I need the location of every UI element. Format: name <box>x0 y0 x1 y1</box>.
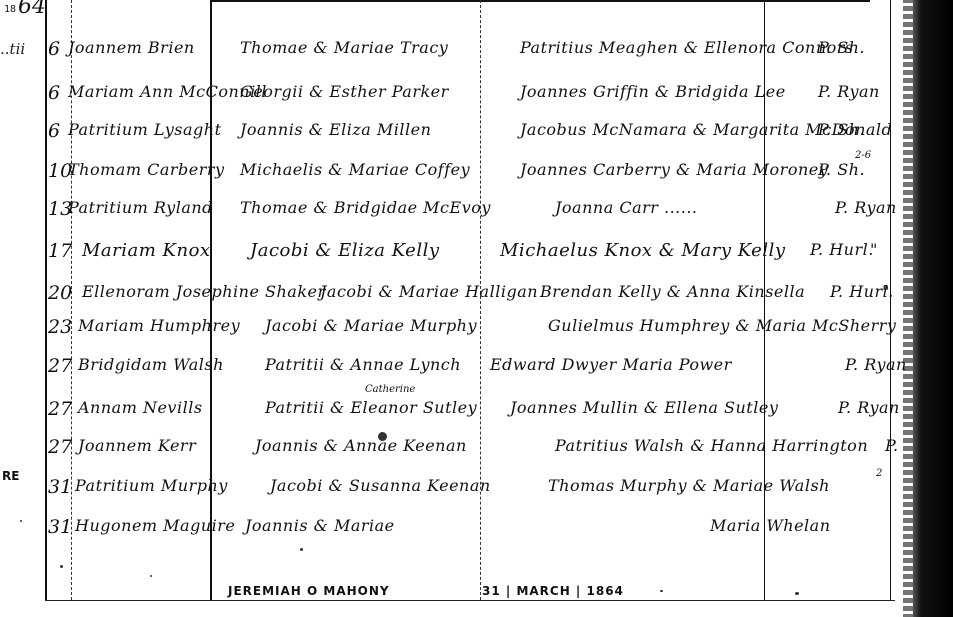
entry-sponsors: Maria Whelan <box>710 516 831 535</box>
printed-year-prefix: 18 <box>4 4 16 15</box>
entry-priest: P. <box>885 436 899 455</box>
entry-child: Mariam Ann McConnill <box>68 82 267 101</box>
entry-day: 6 <box>48 82 60 104</box>
entry-sponsors: Joanna Carr ...... <box>555 198 698 217</box>
entry-parents: Jacobi & Mariae Halligan <box>320 282 538 301</box>
entry-parents: Patritii & Annae Lynch <box>265 355 461 374</box>
ditto-mark: " <box>882 282 890 301</box>
entry-priest: P. Ryan <box>818 82 880 101</box>
scan-noise <box>300 548 303 551</box>
entry-parents: Patritii & Eleanor Sutley <box>265 398 477 417</box>
entry-priest: P. Ryan <box>845 355 907 374</box>
entry-child: Hugonem Maguire <box>75 516 235 535</box>
register-entry: 23 Mariam Humphrey Jacobi & Mariae Murph… <box>0 316 953 346</box>
entry-note: 2 <box>876 468 882 479</box>
entry-parents: Thomae & Bridgidae McEvoy <box>240 198 491 217</box>
entry-sponsors: Michaelus Knox & Mary Kelly <box>500 240 786 261</box>
entry-sponsors: Joannes Griffin & Bridgida Lee <box>520 82 786 101</box>
entry-sponsors: Thomas Murphy & Mariae Walsh <box>548 476 830 495</box>
entry-priest: P. Ryan <box>835 198 897 217</box>
scan-noise <box>795 592 799 595</box>
ditto-mark: " <box>870 240 878 259</box>
register-entry: 6 Patritium Lysaght Joannis & Eliza Mill… <box>0 120 953 150</box>
entry-child: Ellenoram Josephine Shaker <box>82 282 326 301</box>
entry-child: Bridgidam Walsh <box>78 355 224 374</box>
entry-day: 27 <box>48 398 72 420</box>
entry-priest: P. Sh. <box>818 160 865 179</box>
parents-annotation: Catherine <box>365 384 415 395</box>
entry-child: Patritium Lysaght <box>68 120 222 139</box>
entry-sponsors: Edward Dwyer Maria Power <box>490 355 732 374</box>
entry-child: Joannem Kerr <box>78 436 196 455</box>
entry-child: Mariam Knox <box>82 240 211 261</box>
register-entry: 27 Bridgidam Walsh Patritii & Annae Lync… <box>0 355 953 385</box>
scan-noise <box>150 575 152 577</box>
entry-priest: P. Ryan <box>838 398 900 417</box>
entry-day: 23 <box>48 316 72 338</box>
entry-day: 27 <box>48 436 72 458</box>
entry-day: 31 <box>48 476 72 498</box>
register-entry: 20 Ellenoram Josephine Shaker Jacobi & M… <box>0 282 953 312</box>
entry-day: 6 <box>48 38 60 60</box>
scan-noise <box>660 590 663 592</box>
entry-parents: Jacobi & Mariae Murphy <box>265 316 477 335</box>
register-entry: 17 Mariam Knox Jacobi & Eliza Kelly Mich… <box>0 240 953 270</box>
entry-parents: Joannis & Eliza Millen <box>240 120 431 139</box>
entry-parents: Michaelis & Mariae Coffey <box>240 160 470 179</box>
entry-day: 27 <box>48 355 72 377</box>
entry-day: 20 <box>48 282 72 304</box>
entry-parents: Georgii & Esther Parker <box>240 82 449 101</box>
register-entry: 27 Annam Nevills Catherine Patritii & El… <box>0 398 953 428</box>
register-entry: 31 Hugonem Maguire Joannis & Mariae Mari… <box>0 516 953 546</box>
entry-sponsors: Patritius Meaghen & Ellenora Connors <box>520 38 854 57</box>
entry-sponsors: Joannes Carberry & Maria Moroney <box>520 160 828 179</box>
register-page: 18 64 ..tii RE 6 Joannem Brien Thomae & … <box>0 0 953 617</box>
entry-sponsors: Brendan Kelly & Anna Kinsella <box>540 282 805 301</box>
entry-child: Patritium Ryland <box>68 198 213 217</box>
entry-child: Thomam Carberry <box>68 160 225 179</box>
entry-parents: Joannis & Annae Keenan <box>255 436 467 455</box>
entry-day: 31 <box>48 516 72 538</box>
entry-priest: P. Sh. <box>818 38 865 57</box>
entry-parents: Jacobi & Eliza Kelly <box>250 240 440 261</box>
entry-parents: Thomae & Mariae Tracy <box>240 38 448 57</box>
entry-day: 17 <box>48 240 72 262</box>
entry-sponsors: Gulielmus Humphrey & Maria McSherry <box>548 316 896 335</box>
top-rule <box>210 0 870 2</box>
entry-sponsors: Patritius Walsh & Hanna Harrington <box>555 436 868 455</box>
priest-signature-stamp: JEREMIAH O MAHONY <box>228 584 390 598</box>
scan-noise <box>60 565 63 568</box>
register-entry: 6 Joannem Brien Thomae & Mariae Tracy Pa… <box>0 38 953 68</box>
register-entry: 13 Patritium Ryland Thomae & Bridgidae M… <box>0 198 953 228</box>
entry-child: Mariam Humphrey <box>78 316 240 335</box>
entry-priest: P. Sh. <box>818 120 865 139</box>
scan-noise <box>20 520 22 522</box>
ink-blot <box>378 432 387 441</box>
entry-priest: P. Hurl. <box>810 240 874 259</box>
register-entry: 27 Joannem Kerr Joannis & Annae Keenan P… <box>0 436 953 466</box>
handwritten-year: 64 <box>18 0 46 19</box>
entry-parents: Jacobi & Susanna Keenan <box>270 476 491 495</box>
entry-sponsors: Joannes Mullin & Ellena Sutley <box>510 398 778 417</box>
bottom-rule <box>45 600 895 601</box>
entry-child: Patritium Murphy <box>75 476 228 495</box>
register-entry: 10 Thomam Carberry Michaelis & Mariae Co… <box>0 160 953 190</box>
register-entry: 31 Patritium Murphy Jacobi & Susanna Kee… <box>0 476 953 506</box>
entry-child: Joannem Brien <box>68 38 195 57</box>
entry-child: Annam Nevills <box>78 398 203 417</box>
entry-day: 6 <box>48 120 60 142</box>
register-entry: 6 Mariam Ann McConnill Georgii & Esther … <box>0 82 953 112</box>
entry-parents: Joannis & Mariae <box>245 516 395 535</box>
date-stamp: 31 | MARCH | 1864 <box>482 584 624 598</box>
